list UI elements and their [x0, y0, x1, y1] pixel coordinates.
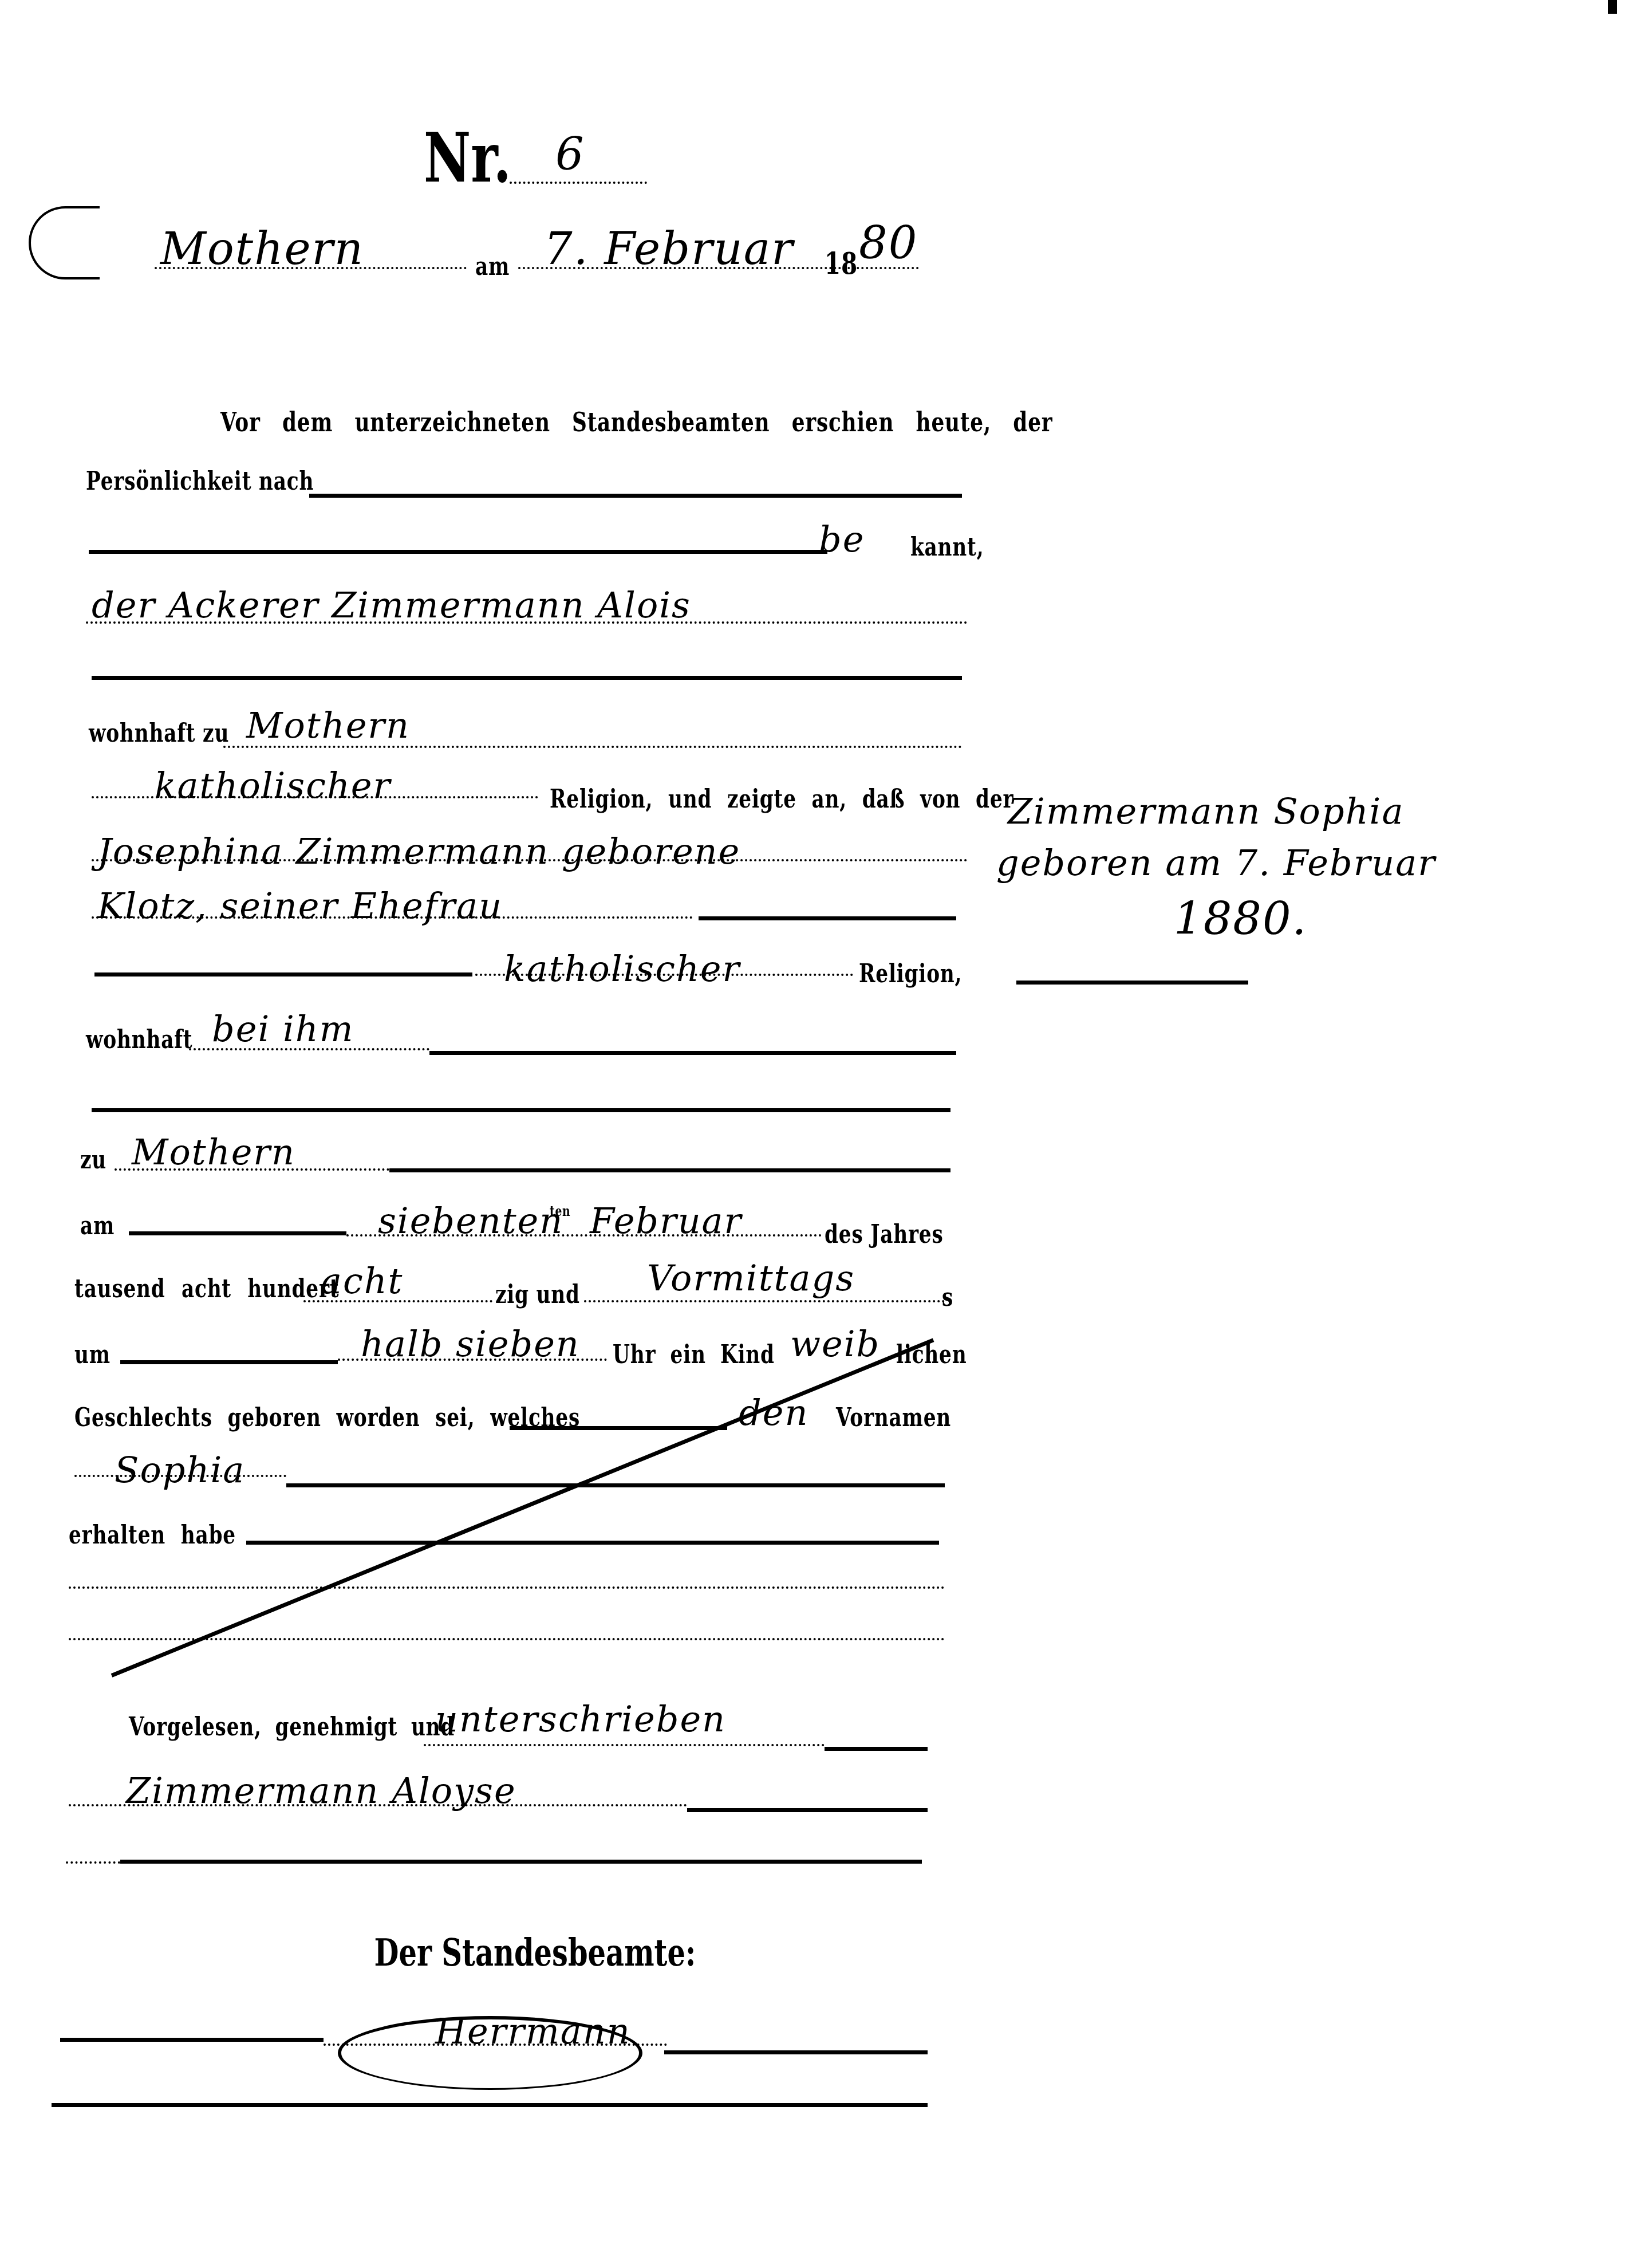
s-suffix: s — [942, 1283, 953, 1312]
wohnhaft-line — [223, 746, 962, 748]
strike-through-line — [111, 1338, 934, 1678]
vorgelesen-value: unterschrieben — [435, 1698, 726, 1740]
um-solid — [120, 1360, 338, 1364]
vorgelesen-dotted — [424, 1744, 825, 1746]
zu-solid — [389, 1168, 950, 1172]
blank-dotted-1 — [69, 1586, 945, 1589]
declarant-line — [86, 621, 968, 624]
margin-note-line-2: geboren am 7. Februar — [996, 842, 1436, 884]
record-number-line — [510, 182, 647, 184]
religion-label-2: Religion, — [859, 959, 962, 989]
year-dotted — [303, 1300, 492, 1302]
registrar-line-right — [664, 2050, 928, 2054]
religion-line-2 — [94, 972, 472, 976]
closing-dotted — [66, 1861, 120, 1864]
mother-line-1: Josephina Zimmermann geborene — [97, 830, 740, 872]
vornamen-label: Vornamen — [836, 1403, 951, 1432]
header-year-suffix: 80 — [859, 218, 918, 269]
persoenlichkeit-line — [309, 494, 962, 498]
margin-note-rule — [1016, 981, 1248, 985]
des-jahres: des Jahres — [825, 1220, 944, 1249]
religion-text-1: Religion, und zeigte an, daß von der — [550, 785, 1013, 814]
mother-line-2-solid — [699, 916, 956, 920]
signature-flourish — [338, 2016, 642, 2090]
birth-month: Februar — [590, 1200, 742, 1242]
birth-day: siebenten — [378, 1200, 563, 1242]
birth-day-sup: ten — [550, 1203, 571, 1219]
registrar-line-left — [60, 2038, 324, 2042]
place-bracket — [29, 206, 100, 279]
registrar-bottom-line — [52, 2103, 928, 2107]
record-number-value: 6 — [555, 129, 585, 180]
bekannt-line — [89, 550, 827, 554]
bekannt-hand: be — [819, 518, 865, 560]
persoenlichkeit-label: Persönlichkeit nach — [86, 467, 314, 496]
wohnhaft-solid-2 — [429, 1051, 956, 1055]
tausend-label: tausend acht hundert — [74, 1274, 339, 1304]
um-label: um — [74, 1340, 111, 1369]
declarant-line-2 — [92, 676, 962, 680]
religion-line-1 — [92, 796, 538, 798]
header-am-label: am — [475, 252, 510, 281]
sex-suffix: lichen — [896, 1340, 967, 1369]
mother-dotted-1 — [92, 859, 968, 861]
religion-dotted-2 — [475, 974, 853, 976]
zu-dotted — [115, 1168, 389, 1171]
intro-text: Vor dem unterzeichneten Standesbeamten e… — [220, 407, 1053, 438]
zu-label: zu — [80, 1145, 107, 1175]
closing-line — [120, 1860, 922, 1864]
margin-note-line-3: 1880. — [1174, 893, 1307, 945]
signature-solid — [687, 1808, 928, 1812]
vorgelesen-label: Vorgelesen, genehmigt und — [129, 1712, 455, 1742]
time-of-day: Vormittags — [647, 1257, 855, 1299]
declarant-name: der Ackerer Zimmermann Alois — [92, 584, 691, 626]
mother-line-2: Klotz, seiner Ehefrau — [97, 885, 503, 927]
religion-value-1: katholischer — [155, 765, 391, 806]
zu-value: Mothern — [132, 1131, 295, 1173]
header-place-line — [155, 267, 467, 269]
zig-und: zig und — [495, 1280, 580, 1309]
am-label: am — [80, 1211, 115, 1241]
geschlechts-text: Geschlechts geboren worden sei, welches — [74, 1403, 580, 1432]
wohnhaft-value: Mothern — [246, 704, 410, 746]
wohnhaft-value-2: bei ihm — [212, 1008, 354, 1050]
time-dotted — [584, 1300, 945, 1302]
given-name-dotted — [74, 1475, 286, 1477]
religion-value-2: katholischer — [504, 948, 740, 990]
erhalten-label: erhalten habe — [69, 1521, 236, 1550]
uhr-kind: Uhr ein Kind — [613, 1340, 775, 1369]
corner-mark — [1608, 0, 1617, 14]
margin-note-line-1: Zimmermann Sophia — [1008, 790, 1404, 832]
header-year-prefix: 18 — [825, 246, 858, 281]
mother-dotted-2 — [92, 916, 693, 919]
registrar-title: Der Standesbeamte: — [374, 1930, 696, 1975]
birth-time: halb sieben — [361, 1323, 580, 1365]
record-number-label: Nr. — [424, 117, 511, 198]
erhalten-solid — [246, 1541, 939, 1545]
sex-hand: weib — [790, 1323, 880, 1365]
blank-line — [92, 1108, 950, 1112]
signature-dotted — [69, 1804, 687, 1806]
wohnhaft-label-2: wohnhaft — [86, 1025, 192, 1054]
given-name: Sophia — [115, 1449, 245, 1491]
year-word: acht — [321, 1260, 404, 1302]
geschlechts-solid — [510, 1426, 727, 1430]
vorgelesen-solid — [825, 1747, 928, 1751]
header-date: 7. Februar — [544, 223, 794, 275]
wohnhaft-label: wohnhaft zu — [89, 719, 229, 748]
am-solid — [129, 1231, 346, 1235]
wohnhaft-dotted-2 — [189, 1048, 429, 1050]
bekannt-suffix: kannt, — [910, 533, 984, 562]
given-name-solid — [286, 1483, 945, 1487]
